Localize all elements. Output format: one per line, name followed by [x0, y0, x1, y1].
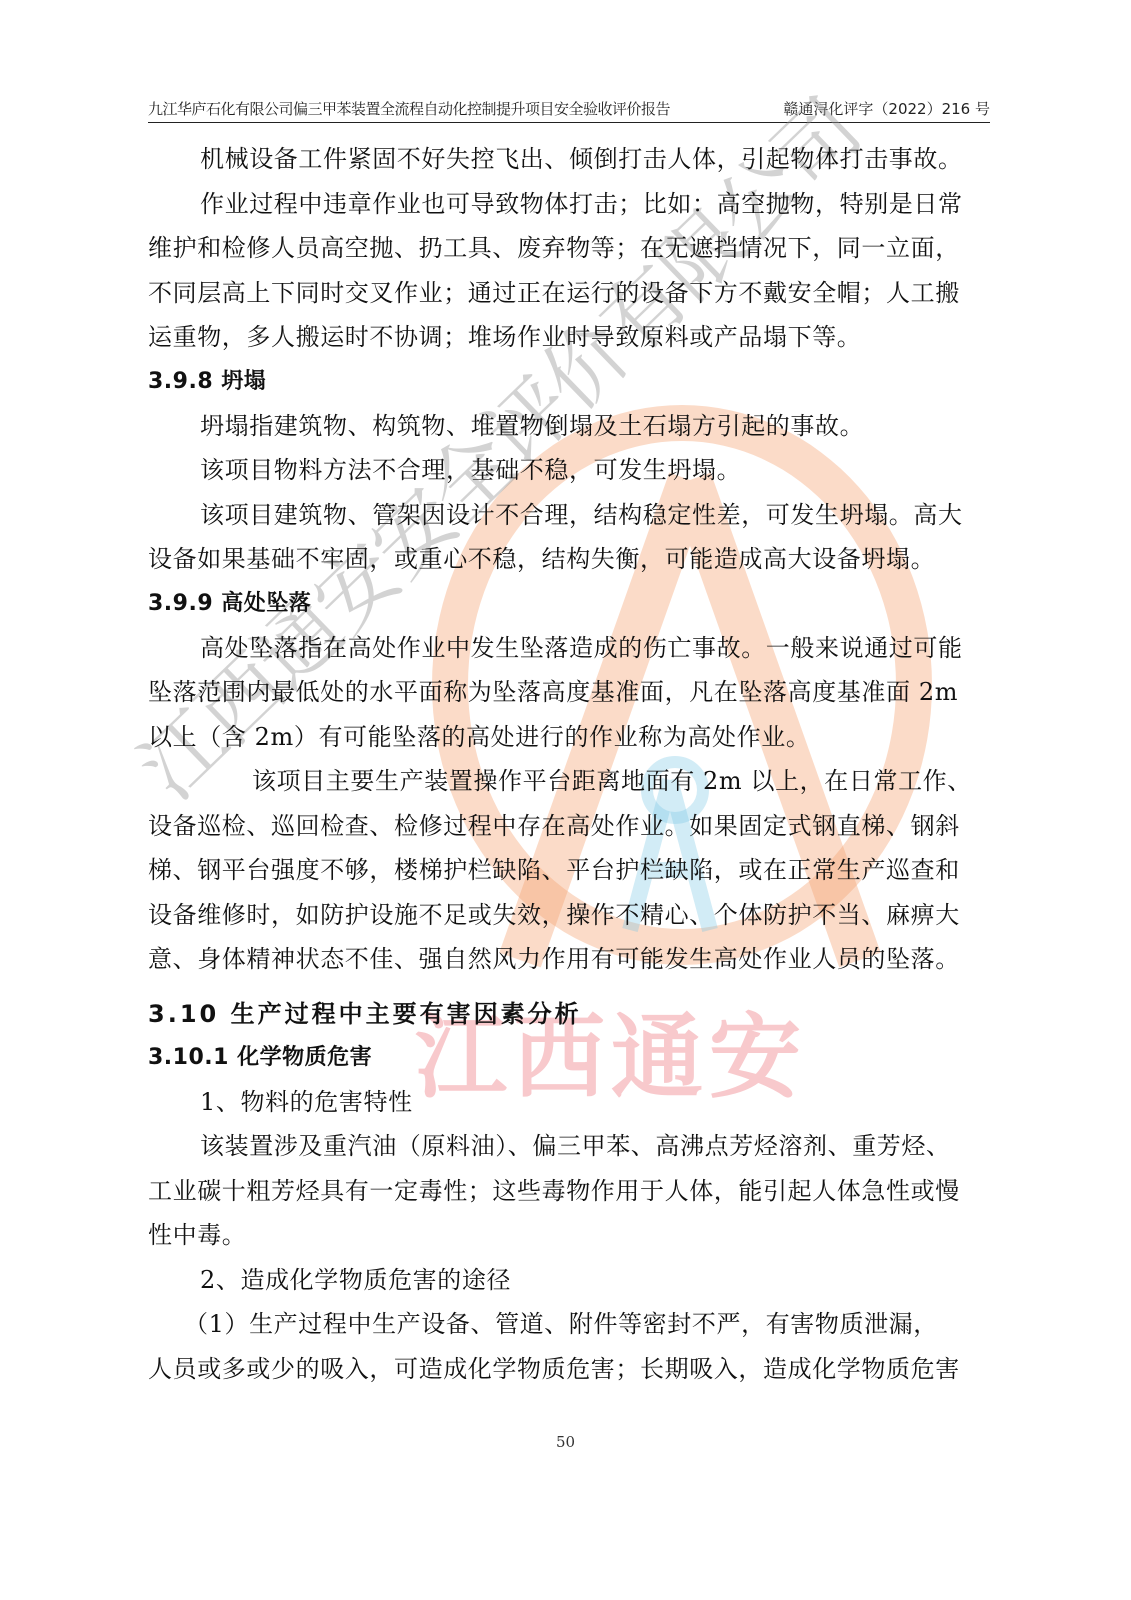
document-body: 机械设备工件紧固不好失控飞出、倾倒打击人体，引起物体打击事故。 作业过程中违章作… — [148, 137, 998, 1391]
paragraph: 坍塌指建筑物、构筑物、堆置物倒塌及土石塌方引起的事故。 — [148, 404, 998, 449]
report-title: 九江华庐石化有限公司偏三甲苯装置全流程自动化控制提升项目安全验收评价报告 — [148, 98, 670, 122]
paragraph: 该项目物料方法不合理，基础不稳，可发生坍塌。 — [148, 448, 998, 493]
section-heading-3-10-1: 3.10.1 化学物质危害 — [148, 1036, 998, 1080]
paragraph-line: 设备如果基础不牢固，或重心不稳，结构失衡，可能造成高大设备坍塌。 — [148, 537, 998, 582]
paragraph-line: 运重物，多人搬运时不协调；堆场作业时导致原料或产品塌下等。 — [148, 315, 998, 360]
paragraph: 作业过程中违章作业也可导致物体打击；比如：高空抛物，特别是日常 — [148, 182, 998, 227]
paragraph-line: 设备巡检、巡回检查、检修过程中存在高处作业。如果固定式钢直梯、钢斜 — [148, 804, 998, 849]
section-heading-3-9-8: 3.9.8 坍塌 — [148, 360, 998, 404]
document-number: 赣通浔化评字（2022）216 号 — [783, 98, 990, 122]
section-heading-3-9-9: 3.9.9 高处坠落 — [148, 582, 998, 626]
section-heading-3-10: 3.10 生产过程中主要有害因素分析 — [148, 992, 998, 1036]
paragraph-line: 以上（含 2m）有可能坠落的高处进行的作业称为高处作业。 — [148, 715, 998, 760]
paragraph-line: 性中毒。 — [148, 1213, 998, 1258]
page-number: 50 — [0, 1433, 1131, 1451]
paragraph-line: 意、身体精神状态不佳、强自然风力作用有可能发生高处作业人员的坠落。 — [148, 937, 998, 982]
page-header: 九江华庐石化有限公司偏三甲苯装置全流程自动化控制提升项目安全验收评价报告 赣通浔… — [148, 98, 990, 123]
document-page: 江西通安 江西通安安全评价有限公司 九江华庐石化有限公司偏三甲苯装置全流程自动化… — [0, 0, 1131, 1600]
paragraph-line: 不同层高上下同时交叉作业；通过正在运行的设备下方不戴安全帽；人工搬 — [148, 271, 998, 316]
paragraph-line: 维护和检修人员高空抛、扔工具、废弃物等；在无遮挡情况下，同一立面， — [148, 226, 998, 271]
paragraph: 该项目主要生产装置操作平台距离地面有 2m 以上，在日常工作、 — [148, 759, 998, 804]
paragraph: （1）生产过程中生产设备、管道、附件等密封不严，有害物质泄漏， — [148, 1302, 998, 1347]
paragraph: 机械设备工件紧固不好失控飞出、倾倒打击人体，引起物体打击事故。 — [148, 137, 998, 182]
paragraph: 该项目建筑物、管架因设计不合理，结构稳定性差，可发生坍塌。高大 — [148, 493, 998, 538]
list-item-heading: 2、造成化学物质危害的途径 — [148, 1258, 998, 1303]
list-item-heading: 1、物料的危害特性 — [148, 1080, 998, 1125]
paragraph-line: 工业碳十粗芳烃具有一定毒性；这些毒物作用于人体，能引起人体急性或慢 — [148, 1169, 998, 1214]
paragraph: 该装置涉及重汽油（原料油）、偏三甲苯、高沸点芳烃溶剂、重芳烃、 — [148, 1124, 998, 1169]
paragraph-line: 设备维修时，如防护设施不足或失效，操作不精心、个体防护不当、麻痹大 — [148, 893, 998, 938]
paragraph: 高处坠落指在高处作业中发生坠落造成的伤亡事故。一般来说通过可能 — [148, 626, 998, 671]
paragraph-line: 坠落范围内最低处的水平面称为坠落高度基准面，凡在坠落高度基准面 2m — [148, 670, 998, 715]
paragraph-line: 人员或多或少的吸入，可造成化学物质危害；长期吸入，造成化学物质危害 — [148, 1347, 998, 1392]
paragraph-line: 梯、钢平台强度不够，楼梯护栏缺陷、平台护栏缺陷，或在正常生产巡查和 — [148, 848, 998, 893]
